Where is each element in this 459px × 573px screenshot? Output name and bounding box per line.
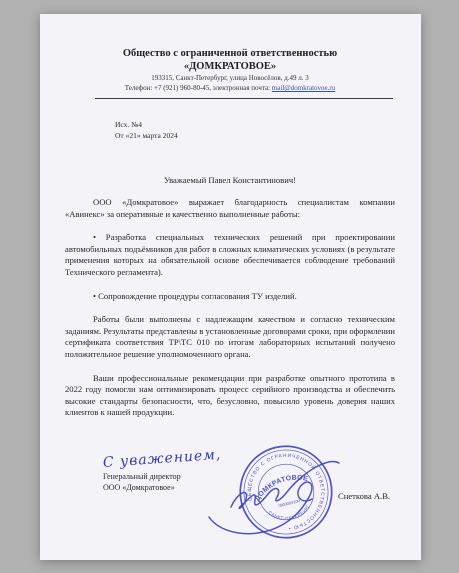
paragraph-quality: Работы были выполнены с надлежащим качес… — [65, 314, 395, 360]
stamp-number: 7800004100 — [277, 498, 301, 509]
signature-block: С уважением, Генеральный директор ООО «Д… — [65, 455, 395, 555]
org-contacts: Телефон: +7 (921) 960-80-45, электронная… — [65, 83, 395, 93]
letter-page: Общество с ограниченной ответственностью… — [40, 14, 421, 560]
org-phone-text: Телефон: +7 (921) 960-80-45, электронная… — [125, 84, 272, 92]
paragraph-bullet-2: • Сопровождение процедуры согласования Т… — [65, 291, 395, 303]
svg-text:ОБЩЕСТВО С ОГРАНИЧЕННОЙ ОТВЕТС: ОБЩЕСТВО С ОГРАНИЧЕННОЙ ОТВЕТСТВЕННОСТЬЮ… — [239, 444, 334, 539]
ref-number: Исх. №4 — [115, 119, 395, 130]
salutation: Уважаемый Павел Константинович! — [65, 175, 395, 185]
paragraph-recommendations: Ваши профессиональные рекомендации при р… — [65, 373, 395, 419]
signer-name: Снеткова А.В. — [338, 491, 390, 501]
svg-text:ДОМКРАТОВОЕ: ДОМКРАТОВОЕ — [251, 470, 312, 503]
email-link[interactable]: mail@domkratovoe.ru — [272, 84, 335, 92]
ref-block: Исх. №4 От «21» марта 2024 — [115, 119, 395, 141]
paragraph-intro: ООО «Домкратовое» выражает благодарность… — [65, 197, 395, 220]
paragraph-bullet-1: • Разработка специальных технических реш… — [65, 232, 395, 278]
stamp-rim-text: ОБЩЕСТВО С ОГРАНИЧЕННОЙ ОТВЕТСТВЕННОСТЬЮ… — [239, 444, 334, 539]
letterhead-divider — [95, 98, 393, 99]
stamp-center-text: ДОМКРАТОВОЕ — [251, 470, 312, 503]
org-name-line2: «ДОМКРАТОВОЕ» — [65, 60, 395, 73]
org-address: 193315, Санкт-Петербург, улица Новосёлов… — [65, 73, 395, 83]
ref-date: От «21» марта 2024 — [115, 130, 395, 141]
letter-content: Общество с ограниченной ответственностью… — [40, 14, 421, 555]
org-name-line1: Общество с ограниченной ответственностью — [65, 47, 395, 60]
letterhead: Общество с ограниченной ответственностью… — [65, 14, 395, 99]
